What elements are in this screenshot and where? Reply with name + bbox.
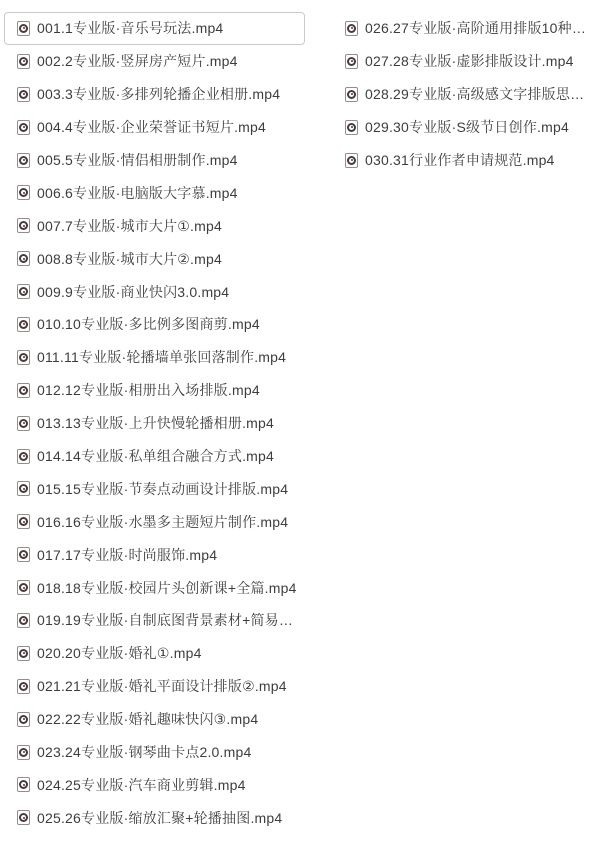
file-name: 006.6专业版·电脑版大字慕.mp4 bbox=[37, 183, 238, 203]
video-file-icon-circle bbox=[19, 715, 28, 724]
video-file-icon-ring bbox=[21, 125, 26, 130]
video-file-icon-circle bbox=[19, 156, 28, 165]
video-file-icon-ring bbox=[349, 26, 354, 31]
video-file-icon-ring bbox=[21, 519, 26, 524]
video-file-icon-circle bbox=[19, 616, 28, 625]
video-file-icon-circle bbox=[19, 484, 28, 493]
video-file-icon bbox=[17, 383, 30, 398]
video-file-icon-circle bbox=[19, 813, 28, 822]
video-file-icon-ring bbox=[21, 552, 26, 557]
video-file-icon-circle bbox=[19, 188, 28, 197]
video-file-icon-ring bbox=[349, 59, 354, 64]
video-file-icon-ring bbox=[21, 322, 26, 327]
file-item[interactable]: 027.28专业版·虚影排版设计.mp4 bbox=[336, 45, 594, 78]
video-file-icon-circle bbox=[19, 517, 28, 526]
file-item[interactable]: 014.14专业版·私单组合融合方式.mp4 bbox=[4, 440, 305, 473]
video-file-icon-dot bbox=[23, 554, 25, 556]
file-name: 017.17专业版·时尚服饰.mp4 bbox=[37, 545, 217, 565]
video-file-icon-circle bbox=[19, 682, 28, 691]
file-column-right: 026.27专业版·高阶通用排版10种方式.mp4 027.28专业版·虚影排版… bbox=[336, 12, 594, 176]
file-name: 019.19专业版·自制底图背景素材+简易短片.mp4 bbox=[37, 610, 304, 630]
file-name: 004.4专业版·企业荣誉证书短片.mp4 bbox=[37, 117, 266, 137]
video-file-icon-ring bbox=[21, 684, 26, 689]
file-name: 026.27专业版·高阶通用排版10种方式.mp4 bbox=[365, 18, 593, 38]
video-file-icon-circle bbox=[19, 550, 28, 559]
video-file-icon bbox=[17, 317, 30, 332]
video-file-icon-circle bbox=[19, 419, 28, 428]
file-name: 011.11专业版·轮播墙单张回落制作.mp4 bbox=[37, 347, 286, 367]
file-name: 015.15专业版·节奏点动画设计排版.mp4 bbox=[37, 479, 288, 499]
file-item[interactable]: 011.11专业版·轮播墙单张回落制作.mp4 bbox=[4, 341, 305, 374]
video-file-icon bbox=[17, 646, 30, 661]
file-item[interactable]: 017.17专业版·时尚服饰.mp4 bbox=[4, 538, 305, 571]
video-file-icon-dot bbox=[23, 27, 25, 29]
video-file-icon-circle bbox=[19, 386, 28, 395]
video-file-icon-circle bbox=[19, 583, 28, 592]
video-file-icon-ring bbox=[21, 782, 26, 787]
video-file-icon-ring bbox=[21, 454, 26, 459]
video-file-icon-ring bbox=[21, 223, 26, 228]
file-item[interactable]: 010.10专业版·多比例多图商剪.mp4 bbox=[4, 308, 305, 341]
video-file-icon-dot bbox=[23, 751, 25, 753]
file-column-left: 001.1专业版·音乐号玩法.mp4 002.2专业版·竖屏房产短片.mp4 0… bbox=[4, 12, 305, 834]
video-file-icon bbox=[345, 21, 358, 36]
video-file-icon bbox=[17, 547, 30, 562]
video-file-icon-circle bbox=[19, 24, 28, 33]
file-name: 028.29专业版·高级感文字排版思维课.mp4 bbox=[365, 84, 593, 104]
video-file-icon-ring bbox=[21, 815, 26, 820]
video-file-icon-dot bbox=[23, 685, 25, 687]
video-file-icon-ring bbox=[21, 355, 26, 360]
video-file-icon bbox=[17, 251, 30, 266]
file-item[interactable]: 030.31行业作者申请规范.mp4 bbox=[336, 144, 594, 177]
file-item[interactable]: 025.26专业版·缩放汇聚+轮播抽图.mp4 bbox=[4, 801, 305, 834]
video-file-icon-circle bbox=[19, 287, 28, 296]
video-file-icon-dot bbox=[351, 93, 353, 95]
video-file-icon-dot bbox=[23, 817, 25, 819]
video-file-icon-ring bbox=[349, 92, 354, 97]
video-file-icon bbox=[17, 449, 30, 464]
file-name: 009.9专业版·商业快闪3.0.mp4 bbox=[37, 282, 229, 302]
video-file-icon bbox=[17, 514, 30, 529]
video-file-icon-ring bbox=[349, 125, 354, 130]
video-file-icon-dot bbox=[23, 93, 25, 95]
file-name: 022.22专业版·婚礼趣味快闪③.mp4 bbox=[37, 709, 258, 729]
video-file-icon bbox=[17, 712, 30, 727]
file-name: 029.30专业版·S级节日创作.mp4 bbox=[365, 117, 569, 137]
video-file-icon-ring bbox=[21, 92, 26, 97]
video-file-icon-dot bbox=[23, 521, 25, 523]
file-name: 014.14专业版·私单组合融合方式.mp4 bbox=[37, 446, 274, 466]
video-file-icon-dot bbox=[23, 389, 25, 391]
video-file-icon-circle bbox=[19, 254, 28, 263]
video-file-icon-ring bbox=[21, 618, 26, 623]
file-item-selected[interactable]: 001.1专业版·音乐号玩法.mp4 bbox=[4, 12, 305, 45]
video-file-icon bbox=[17, 810, 30, 825]
file-item[interactable]: 018.18专业版·校园片头创新课+全篇.mp4 bbox=[4, 571, 305, 604]
video-file-icon bbox=[345, 54, 358, 69]
file-list-page: 001.1专业版·音乐号玩法.mp4 002.2专业版·竖屏房产短片.mp4 0… bbox=[0, 0, 596, 843]
video-file-icon-ring bbox=[21, 585, 26, 590]
video-file-icon-circle bbox=[347, 123, 356, 132]
file-item[interactable]: 004.4专业版·企业荣誉证书短片.mp4 bbox=[4, 111, 305, 144]
video-file-icon-dot bbox=[351, 27, 353, 29]
file-item[interactable]: 023.24专业版·钢琴曲卡点2.0.mp4 bbox=[4, 736, 305, 769]
video-file-icon-dot bbox=[23, 356, 25, 358]
video-file-icon-dot bbox=[23, 422, 25, 424]
file-item[interactable]: 024.25专业版·汽车商业剪辑.mp4 bbox=[4, 768, 305, 801]
file-name: 012.12专业版·相册出入场排版.mp4 bbox=[37, 380, 260, 400]
video-file-icon bbox=[17, 120, 30, 135]
video-file-icon bbox=[17, 777, 30, 792]
file-name: 008.8专业版·城市大片②.mp4 bbox=[37, 249, 222, 269]
video-file-icon bbox=[17, 153, 30, 168]
video-file-icon-dot bbox=[23, 718, 25, 720]
video-file-icon-dot bbox=[23, 291, 25, 293]
file-name: 024.25专业版·汽车商业剪辑.mp4 bbox=[37, 775, 246, 795]
video-file-icon-dot bbox=[23, 587, 25, 589]
file-item[interactable]: 029.30专业版·S级节日创作.mp4 bbox=[336, 111, 594, 144]
video-file-icon-dot bbox=[351, 159, 353, 161]
video-file-icon-ring bbox=[21, 289, 26, 294]
video-file-icon-circle bbox=[347, 57, 356, 66]
file-item[interactable]: 009.9专业版·商业快闪3.0.mp4 bbox=[4, 275, 305, 308]
file-item[interactable]: 020.20专业版·婚礼①.mp4 bbox=[4, 637, 305, 670]
video-file-icon-ring bbox=[21, 158, 26, 163]
video-file-icon-circle bbox=[347, 90, 356, 99]
video-file-icon-circle bbox=[19, 123, 28, 132]
video-file-icon-circle bbox=[347, 156, 356, 165]
file-item[interactable]: 013.13专业版·上升快慢轮播相册.mp4 bbox=[4, 407, 305, 440]
video-file-icon-ring bbox=[21, 486, 26, 491]
video-file-icon bbox=[17, 185, 30, 200]
file-item[interactable]: 026.27专业版·高阶通用排版10种方式.mp4 bbox=[336, 12, 594, 45]
file-name: 005.5专业版·情侣相册制作.mp4 bbox=[37, 150, 238, 170]
file-item[interactable]: 003.3专业版·多排列轮播企业相册.mp4 bbox=[4, 78, 305, 111]
file-item[interactable]: 028.29专业版·高级感文字排版思维课.mp4 bbox=[336, 78, 594, 111]
file-name: 007.7专业版·城市大片①.mp4 bbox=[37, 216, 222, 236]
video-file-icon-dot bbox=[23, 225, 25, 227]
file-name: 027.28专业版·虚影排版设计.mp4 bbox=[365, 51, 574, 71]
file-item[interactable]: 015.15专业版·节奏点动画设计排版.mp4 bbox=[4, 472, 305, 505]
file-name: 020.20专业版·婚礼①.mp4 bbox=[37, 643, 202, 663]
video-file-icon bbox=[17, 745, 30, 760]
file-item[interactable]: 002.2专业版·竖屏房产短片.mp4 bbox=[4, 45, 305, 78]
file-item[interactable]: 012.12专业版·相册出入场排版.mp4 bbox=[4, 374, 305, 407]
video-file-icon-circle bbox=[347, 24, 356, 33]
file-item[interactable]: 021.21专业版·婚礼平面设计排版②.mp4 bbox=[4, 670, 305, 703]
video-file-icon-dot bbox=[23, 455, 25, 457]
video-file-icon-ring bbox=[21, 421, 26, 426]
video-file-icon bbox=[17, 218, 30, 233]
video-file-icon-dot bbox=[23, 488, 25, 490]
video-file-icon bbox=[17, 679, 30, 694]
file-name: 003.3专业版·多排列轮播企业相册.mp4 bbox=[37, 84, 280, 104]
video-file-icon-ring bbox=[21, 26, 26, 31]
file-name: 021.21专业版·婚礼平面设计排版②.mp4 bbox=[37, 676, 287, 696]
video-file-icon-dot bbox=[23, 126, 25, 128]
video-file-icon bbox=[345, 87, 358, 102]
video-file-icon bbox=[17, 87, 30, 102]
video-file-icon bbox=[345, 153, 358, 168]
video-file-icon-circle bbox=[19, 353, 28, 362]
video-file-icon-circle bbox=[19, 320, 28, 329]
video-file-icon-ring bbox=[21, 256, 26, 261]
video-file-icon-dot bbox=[23, 652, 25, 654]
file-name: 016.16专业版·水墨多主题短片制作.mp4 bbox=[37, 512, 288, 532]
video-file-icon-ring bbox=[21, 59, 26, 64]
video-file-icon-ring bbox=[21, 651, 26, 656]
video-file-icon-ring bbox=[21, 750, 26, 755]
video-file-icon-ring bbox=[21, 190, 26, 195]
video-file-icon bbox=[345, 120, 358, 135]
video-file-icon-circle bbox=[19, 649, 28, 658]
file-name: 023.24专业版·钢琴曲卡点2.0.mp4 bbox=[37, 742, 251, 762]
video-file-icon-dot bbox=[351, 60, 353, 62]
video-file-icon-circle bbox=[19, 57, 28, 66]
file-name: 010.10专业版·多比例多图商剪.mp4 bbox=[37, 314, 260, 334]
video-file-icon-circle bbox=[19, 780, 28, 789]
video-file-icon-dot bbox=[23, 159, 25, 161]
file-item[interactable]: 006.6专业版·电脑版大字慕.mp4 bbox=[4, 176, 305, 209]
video-file-icon-ring bbox=[21, 717, 26, 722]
video-file-icon-dot bbox=[23, 323, 25, 325]
file-name: 025.26专业版·缩放汇聚+轮播抽图.mp4 bbox=[37, 808, 282, 828]
file-item[interactable]: 008.8专业版·城市大片②.mp4 bbox=[4, 242, 305, 275]
video-file-icon-circle bbox=[19, 748, 28, 757]
video-file-icon-dot bbox=[23, 192, 25, 194]
file-name: 001.1专业版·音乐号玩法.mp4 bbox=[37, 18, 223, 38]
video-file-icon bbox=[17, 21, 30, 36]
file-name: 013.13专业版·上升快慢轮播相册.mp4 bbox=[37, 413, 274, 433]
video-file-icon bbox=[17, 54, 30, 69]
file-name: 002.2专业版·竖屏房产短片.mp4 bbox=[37, 51, 238, 71]
file-item[interactable]: 005.5专业版·情侣相册制作.mp4 bbox=[4, 144, 305, 177]
video-file-icon-dot bbox=[23, 784, 25, 786]
video-file-icon-dot bbox=[23, 60, 25, 62]
video-file-icon-circle bbox=[19, 452, 28, 461]
video-file-icon-dot bbox=[23, 258, 25, 260]
video-file-icon bbox=[17, 284, 30, 299]
video-file-icon-dot bbox=[23, 619, 25, 621]
file-item[interactable]: 016.16专业版·水墨多主题短片制作.mp4 bbox=[4, 505, 305, 538]
file-name: 018.18专业版·校园片头创新课+全篇.mp4 bbox=[37, 578, 297, 598]
file-item[interactable]: 007.7专业版·城市大片①.mp4 bbox=[4, 209, 305, 242]
video-file-icon bbox=[17, 350, 30, 365]
file-item[interactable]: 019.19专业版·自制底图背景素材+简易短片.mp4 bbox=[4, 604, 305, 637]
video-file-icon-dot bbox=[351, 126, 353, 128]
video-file-icon-ring bbox=[349, 158, 354, 163]
video-file-icon bbox=[17, 416, 30, 431]
video-file-icon bbox=[17, 613, 30, 628]
video-file-icon-ring bbox=[21, 388, 26, 393]
video-file-icon-circle bbox=[19, 221, 28, 230]
video-file-icon bbox=[17, 580, 30, 595]
file-item[interactable]: 022.22专业版·婚礼趣味快闪③.mp4 bbox=[4, 703, 305, 736]
video-file-icon bbox=[17, 481, 30, 496]
file-name: 030.31行业作者申请规范.mp4 bbox=[365, 150, 555, 170]
video-file-icon-circle bbox=[19, 90, 28, 99]
